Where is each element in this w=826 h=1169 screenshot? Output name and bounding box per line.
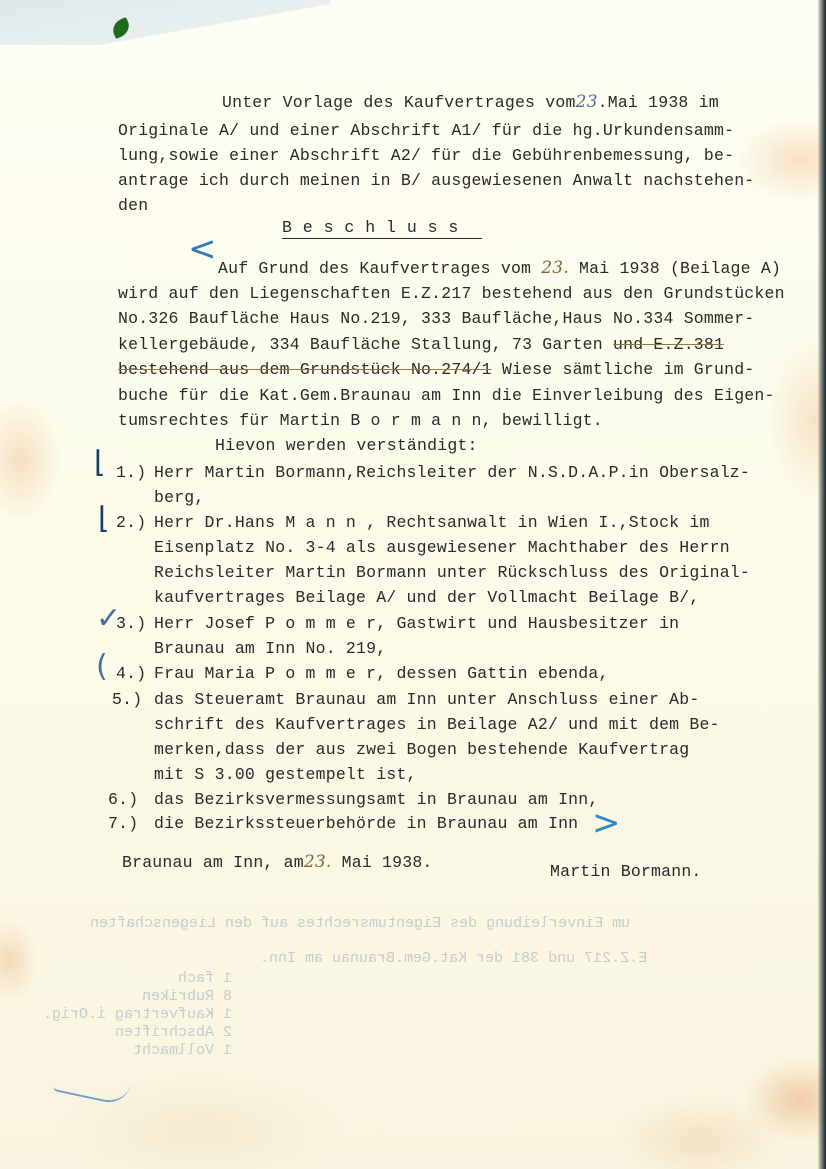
bleed-through-line-1: um Einverleibung des Eigentumsrechtes au… [90,915,630,932]
intro-line-1: Unter Vorlage des Kaufvertrages vom23.Ma… [222,92,719,112]
recipient-5-line-4: mit S 3.00 gestempelt ist, [154,765,417,784]
recipient-4-num: 4.) [116,664,146,683]
struck-text: und E.Z.381 [613,335,724,354]
signature: Martin Bormann. [550,862,702,881]
recipient-4-line-1: Frau Maria P o m m e r, dessen Gattin eb… [154,664,609,683]
recipient-5-line-2: schrift des Kaufvertrages in Beilage A2/… [154,715,720,734]
bleed-through-enclosure-1: 1 fach [12,970,232,987]
recipient-6-num: 6.) [108,790,138,809]
resolution-line-4: kellergebäude, 334 Baufläche Stallung, 7… [118,335,724,354]
recipient-6-line-1: das Bezirksvermessungsamt in Braunau am … [154,790,598,809]
resolution-line-1: Auf Grund des Kaufvertrages vom 23. Mai … [218,258,781,278]
recipient-3-line-2: Braunau am Inn No. 219, [154,639,386,658]
resolution-line-5: bestehend aus dem Grundstück No.274/1 Wi… [118,360,754,379]
heading-beschluss: B e s c h l u s s [282,218,482,239]
blue-bracket-mark: < [188,232,217,266]
recipient-5-num: 5.) [112,690,142,709]
bleed-through-enclosure-2: 8 Rubriken [12,988,232,1005]
recipient-1-line-1: Herr Martin Bormann,Reichsleiter der N.S… [154,463,750,482]
recipient-2-line-4: kaufvertrages Beilage A/ und der Vollmac… [154,588,700,607]
closing-place-date: Braunau am Inn, am23. Mai 1938. [122,852,433,872]
intro-line-5: den [118,196,148,215]
check-mark-icon: ⌊ [98,504,110,534]
intro-line-3: lung,sowie einer Abschrift A2/ für die G… [118,146,734,165]
resolution-line-3: No.326 Baufläche Haus No.219, 333 Bauflä… [118,309,754,328]
notify-heading: Hievon werden verständigt: [215,436,478,455]
blue-check-mark-icon: > [592,806,621,840]
check-mark-icon: ⌊ [94,448,106,478]
recipient-1-num: 1.) [116,463,146,482]
bracket-mark-icon: ( [96,652,108,682]
typewritten-document: Unter Vorlage des Kaufvertrages vom23.Ma… [0,0,826,1169]
bleed-through-enclosure-4: 2 Abschriften [12,1024,232,1041]
struck-text: bestehend aus dem Grundstück No.274/1 [118,360,492,379]
handwritten-date: 23 [576,92,598,112]
recipient-2-line-3: Reichsleiter Martin Bormann unter Rücksc… [154,563,750,582]
recipient-2-line-2: Eisenplatz No. 3-4 als ausgewiesener Mac… [154,538,730,557]
intro-line-2: Originale A/ und einer Abschrift A1/ für… [118,121,734,140]
recipient-3-line-1: Herr Josef P o m m e r, Gastwirt und Hau… [154,614,679,633]
recipient-5-line-3: merken,dass der aus zwei Bogen bestehend… [154,740,689,759]
recipient-2-line-1: Herr Dr.Hans M a n n , Rechtsanwalt in W… [154,513,710,532]
bleed-through-enclosure-5: 1 Vollmacht [12,1042,232,1059]
resolution-line-2: wird auf den Liegenschaften E.Z.217 best… [118,284,785,303]
recipient-7-num: 7.) [108,814,138,833]
intro-line-4: antrage ich durch meinen in B/ ausgewies… [118,171,754,190]
resolution-line-7: tumsrechtes für Martin B o r m a n n, be… [118,411,603,430]
recipient-1-line-2: berg, [154,488,205,507]
resolution-line-6: buche für die Kat.Gem.Braunau am Inn die… [118,386,775,405]
recipient-2-num: 2.) [116,513,146,532]
recipient-7-line-1: die Bezirkssteuerbehörde in Braunau am I… [154,814,578,833]
bleed-through-enclosure-3: 1 Kaufvertrag i.Orig. [12,1006,232,1023]
blue-ink-stroke [53,1067,131,1106]
recipient-3-num: 3.) [116,614,146,633]
bleed-through-line-2: E.Z.217 und 381 der Kat.Gem.Braunau am I… [260,950,647,967]
recipient-5-line-1: das Steueramt Braunau am Inn unter Ansch… [154,690,700,709]
